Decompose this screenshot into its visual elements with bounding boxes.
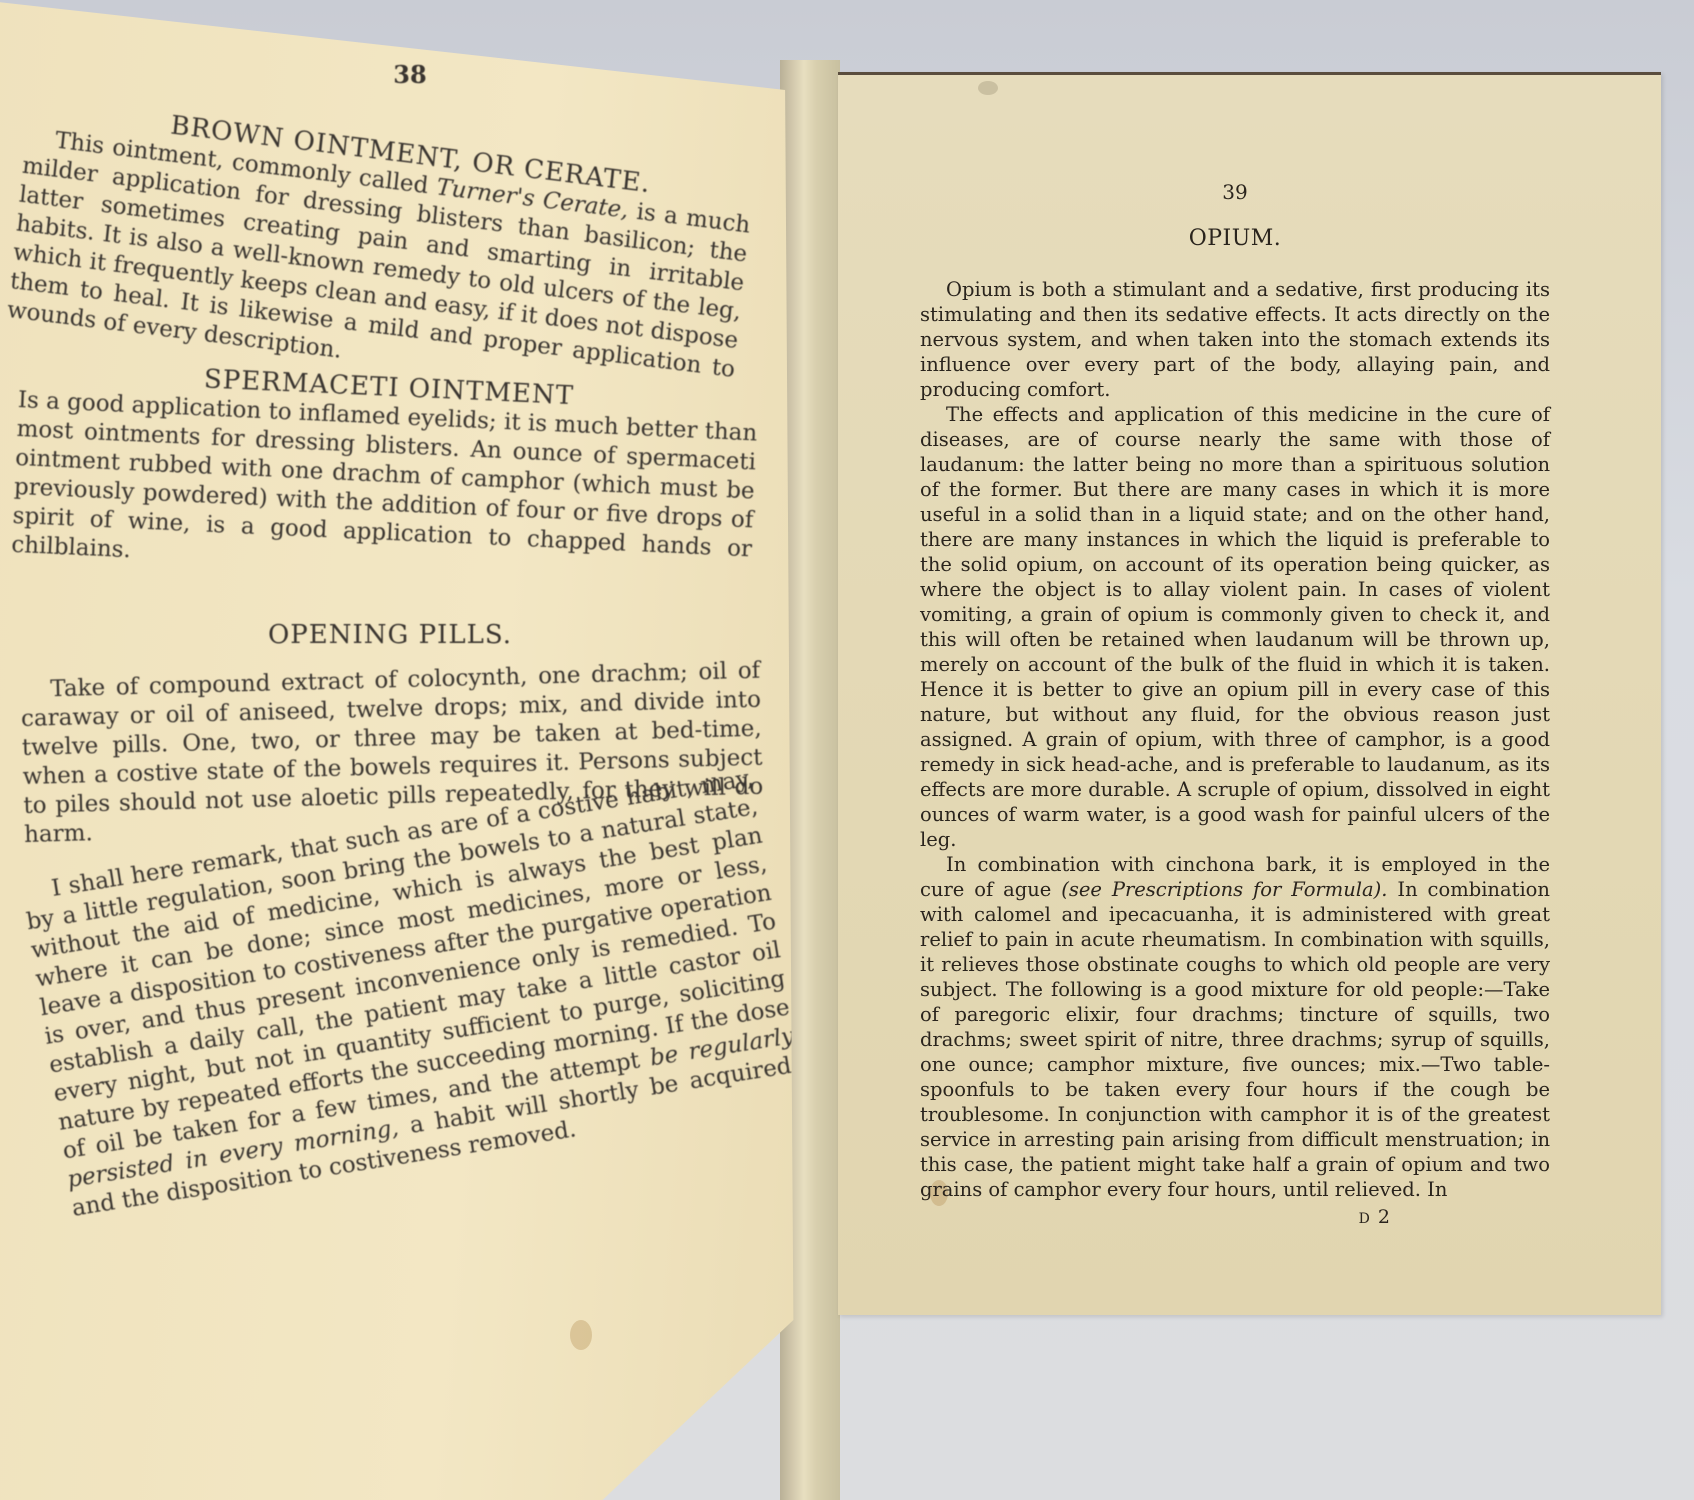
paragraph: Opium is both a stimulant and a sedative…	[920, 277, 1550, 402]
left-page: 38 BROWN OINTMENT, OR CERATE. This ointm…	[0, 0, 810, 1500]
right-page: 39 OPIUM. Opium is both a stimulant and …	[838, 72, 1661, 1315]
section-heading: OPIUM.	[920, 226, 1550, 251]
right-page-content: 39 OPIUM. Opium is both a stimulant and …	[920, 180, 1550, 1228]
paragraph: In combination with cinchona bark, it is…	[920, 852, 1550, 1202]
paragraph: The effects and application of this medi…	[920, 402, 1550, 852]
section-heading: OPENING PILLS.	[20, 620, 760, 650]
signature-letter: D	[1359, 1211, 1370, 1227]
page-number: 38	[40, 60, 780, 89]
paragraph: Is a good application to inflamed eyelid…	[11, 386, 758, 593]
section-opening-pills: OPENING PILLS. Take of compound extract …	[20, 620, 760, 1228]
book-cover-edge	[664, 0, 797, 56]
left-page-content: 38 BROWN OINTMENT, OR CERATE. This ointm…	[20, 60, 760, 1228]
section-spermaceti-ointment: SPERMACETI OINTMENT Is a good applicatio…	[11, 356, 759, 593]
foxing-stain	[570, 1320, 592, 1350]
page-number: 39	[920, 180, 1550, 204]
signature-mark: D2	[920, 1206, 1390, 1228]
page-mark	[978, 81, 998, 95]
signature-number: 2	[1378, 1206, 1390, 1228]
